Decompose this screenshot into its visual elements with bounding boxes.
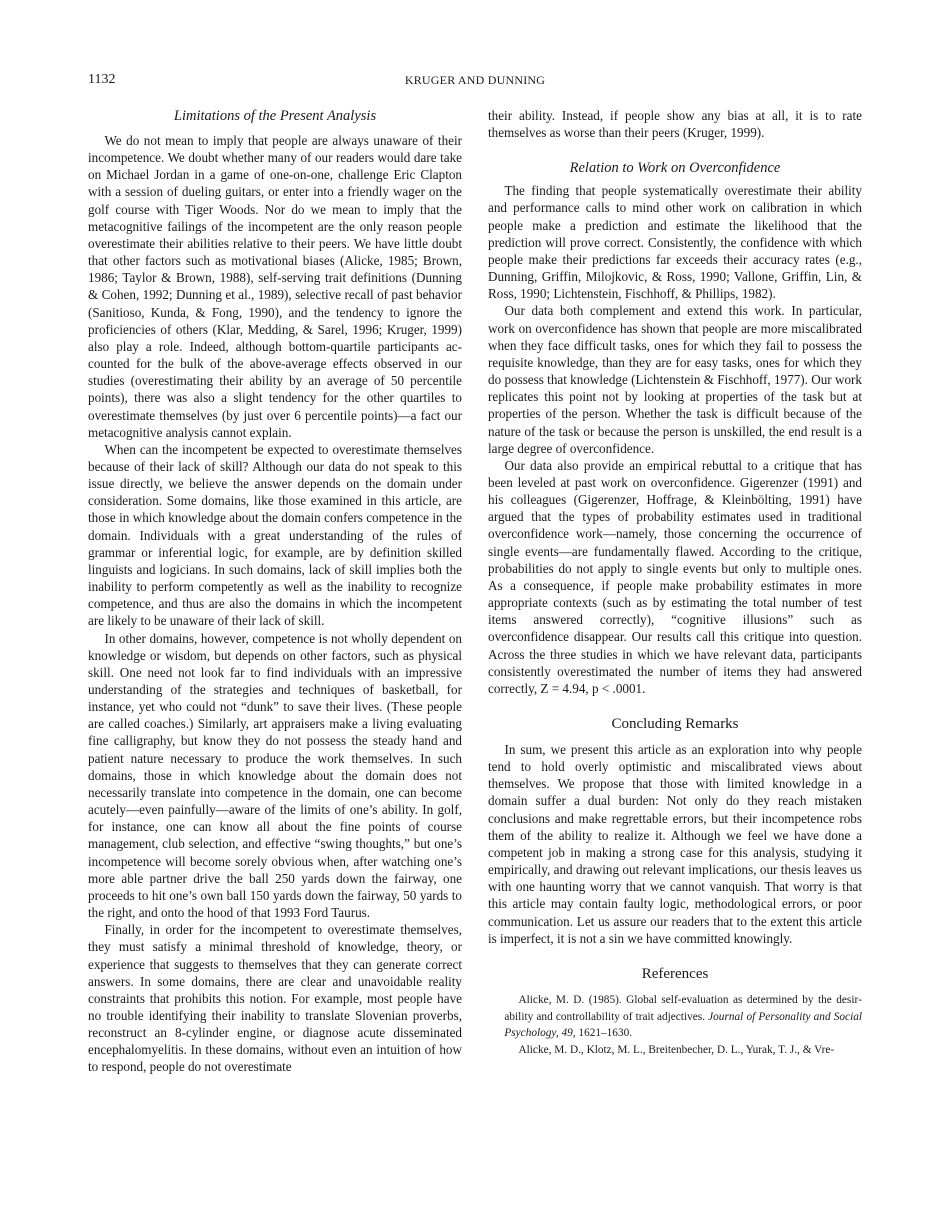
body-paragraph: When can the incompetent be expected to … [88,441,462,630]
references-heading: References [488,965,862,983]
reference-entry: Alicke, M. D. (1985). Global self-evalua… [488,992,862,1042]
body-paragraph: The finding that people systematically o… [488,182,862,302]
section-heading-limitations: Limitations of the Present Analysis [88,107,462,125]
running-title: KRUGER AND DUNNING [88,73,862,88]
right-column: their ability. Instead, if people show a… [488,107,862,1059]
running-head: 1132 KRUGER AND DUNNING [88,72,862,90]
section-heading-overconfidence: Relation to Work on Overconfidence [488,159,862,177]
reference-text: Alicke, M. D., Klotz, M. L., Breitenbech… [519,1044,835,1056]
body-paragraph: Our data also provide an empirical rebut… [488,457,862,697]
reference-entry: Alicke, M. D., Klotz, M. L., Breitenbech… [488,1042,862,1059]
body-paragraph: In other domains, however, competence is… [88,630,462,922]
left-column: Limitations of the Present Analysis We d… [88,107,462,1076]
section-heading-concluding-remarks: Concluding Remarks [488,715,862,733]
continued-paragraph: their ability. Instead, if people show a… [488,107,862,141]
body-paragraph: Our data both complement and extend this… [488,302,862,456]
references-list: Alicke, M. D. (1985). Global self-evalua… [488,992,862,1059]
concluding-paragraph: In sum, we present this article as an ex… [488,741,862,947]
body-paragraph: Finally, in order for the incompetent to… [88,921,462,1075]
reference-pages: 1621–1630. [576,1027,632,1039]
body-paragraph: We do not mean to imply that people are … [88,132,462,441]
